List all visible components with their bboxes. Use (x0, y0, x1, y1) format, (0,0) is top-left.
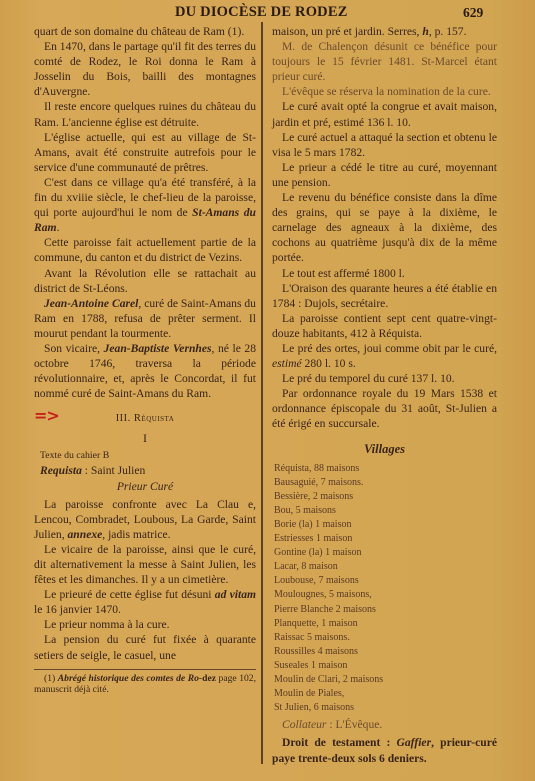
paragraph: Son vicaire, Jean-Baptiste Vernhes, né l… (34, 341, 256, 401)
latin-phrase: ad vitam (215, 588, 256, 601)
parish-name: Requista (40, 464, 82, 477)
village-item: St Julien, 6 maisons (272, 701, 497, 715)
person-name: Jean-Baptiste Vernhes (104, 342, 212, 355)
section-title: III. Réquista (116, 413, 175, 424)
collateur-line: Collateur : L'Évêque. (272, 717, 497, 732)
paragraph: Jean-Antoine Carel, curé de Saint-Amans … (34, 296, 256, 341)
scanned-page: DU DIOCÈSE DE RODEZ 629 quart de son dom… (0, 0, 535, 781)
paragraph: L'évêque se réserva la nomination de la … (272, 84, 497, 99)
text: maison, un pré et jardin. Serres, (272, 25, 422, 38)
paragraph: Le vicaire de la paroisse, ainsi que le … (34, 542, 256, 587)
paragraph: Le curé actuel a attaqué la section et o… (272, 130, 497, 160)
text: , p. 157. (429, 25, 467, 38)
section-heading: => III. Réquista (34, 411, 256, 429)
paragraph: Il reste encore quelques ruines du châte… (34, 99, 256, 129)
village-item: Loubouse, 7 maisons (272, 574, 497, 588)
parish-line: Requista : Saint Julien (40, 463, 256, 478)
footnote-number: (1) (44, 673, 58, 684)
column-divider (261, 22, 263, 764)
village-item: Raissac 5 maisons. (272, 631, 497, 645)
paragraph: Le revenu du bénéfice consiste dans la d… (272, 190, 497, 265)
running-title: DU DIOCÈSE DE RODEZ (175, 4, 348, 21)
footnote: (1) Abrégé historique des comtes de Ro-d… (34, 673, 256, 696)
village-item: Moulin de Piales, (272, 687, 497, 701)
footnote-rule (34, 669, 256, 670)
paragraph: Le prieur nomma à la cure. (34, 617, 256, 632)
text: , jadis matrice. (102, 528, 170, 541)
text: . (57, 221, 60, 234)
village-item: Estriesses 1 maison (272, 532, 497, 546)
left-column: quart de son domaine du château de Ram (… (34, 24, 256, 696)
village-item: Gontine (la) 1 maison (272, 546, 497, 560)
village-item: Bou, 5 maisons (272, 504, 497, 518)
page-header: DU DIOCÈSE DE RODEZ 629 (0, 4, 535, 24)
paragraph: Le curé avait opté la congrue et avait m… (272, 99, 497, 129)
village-item: Bessière, 2 maisons (272, 490, 497, 504)
villages-heading: Villages (272, 442, 497, 457)
patron-saint: Saint Julien (91, 464, 145, 477)
red-arrow-marker: => (34, 408, 59, 423)
village-item: Bausaguié, 7 maisons. (272, 476, 497, 490)
text: Son vicaire, (44, 342, 104, 355)
village-item: Planquette, 1 maison (272, 617, 497, 631)
village-item: Roussilles 4 maisons (272, 645, 497, 659)
paragraph: Le prieur a cédé le titre au curé, moyen… (272, 160, 497, 190)
village-item: Pierre Blanche 2 maisons (272, 603, 497, 617)
right-column: maison, un pré et jardin. Serres, h, p. … (272, 24, 497, 766)
source-label: Texte du cahier B (40, 448, 256, 463)
villages-list: Réquista, 88 maisons Bausaguié, 7 maison… (272, 462, 497, 716)
parish-type: Prieur Curé (34, 479, 256, 494)
text-italic: estimé (272, 357, 302, 370)
separator: : (82, 464, 91, 477)
footnote-title: dez (202, 673, 216, 684)
page-number: 629 (463, 5, 483, 21)
footnote-title: Abrégé historique des comtes de Ro- (58, 673, 202, 684)
text: Le pré des ortes, joui comme obit par le… (282, 342, 497, 355)
paragraph: En 1470, dans le partage qu'il fit des t… (34, 39, 256, 99)
paragraph: Le prieuré de cette église fut désuni ad… (34, 587, 256, 617)
person-name: Jean-Antoine Carel (44, 297, 138, 310)
paragraph: C'est dans ce village qu'a été transféré… (34, 175, 256, 235)
paragraph: L'église actuelle, qui est au village de… (34, 130, 256, 175)
paragraph: Droit de testament : Gaffier, prieur-cur… (272, 735, 497, 765)
person-name: Gaffier (397, 736, 432, 749)
paragraph: Par ordonnance royale du 19 Mars 1538 et… (272, 386, 497, 431)
village-item: Moulin de Clari, 2 maisons (272, 673, 497, 687)
paragraph: Le pré des ortes, joui comme obit par le… (272, 341, 497, 371)
collateur-value: : L'Évêque. (326, 718, 382, 731)
text: 280 l. 10 s. (302, 357, 356, 370)
text: Droit de testament : (282, 736, 397, 749)
paragraph: La pension du curé fut fixée à quarante … (34, 632, 256, 662)
paragraph: quart de son domaine du château de Ram (… (34, 24, 256, 39)
village-item: Borie (la) 1 maison (272, 518, 497, 532)
section-number: I (34, 431, 256, 448)
village-item: Lacar, 8 maison (272, 560, 497, 574)
paragraph: M. de Chalençon désunit ce bénéfice pour… (272, 39, 497, 84)
text-italic: annexe (68, 528, 103, 541)
paragraph: Avant la Révolution elle se rattachait a… (34, 266, 256, 296)
paragraph: Le tout est affermé 1800 l. (272, 266, 497, 281)
paragraph: L'Oraison des quarante heures a été étab… (272, 281, 497, 311)
collateur-label: Collateur (282, 718, 326, 731)
village-item: Moulougnes, 5 maisons, (272, 588, 497, 602)
village-item: Suseales 1 maison (272, 659, 497, 673)
paragraph: Cette paroisse fait actuellement partie … (34, 235, 256, 265)
paragraph: La paroisse contient sept cent quatre-vi… (272, 311, 497, 341)
village-item: Réquista, 88 maisons (272, 462, 497, 476)
text: le 16 janvier 1470. (34, 603, 121, 616)
text: Le prieuré de cette église fut désuni (44, 588, 215, 601)
paragraph: maison, un pré et jardin. Serres, h, p. … (272, 24, 497, 39)
paragraph: Le pré du temporel du curé 137 l. 10. (272, 371, 497, 386)
paragraph: La paroisse confronte avec La Clau e, Le… (34, 497, 256, 542)
